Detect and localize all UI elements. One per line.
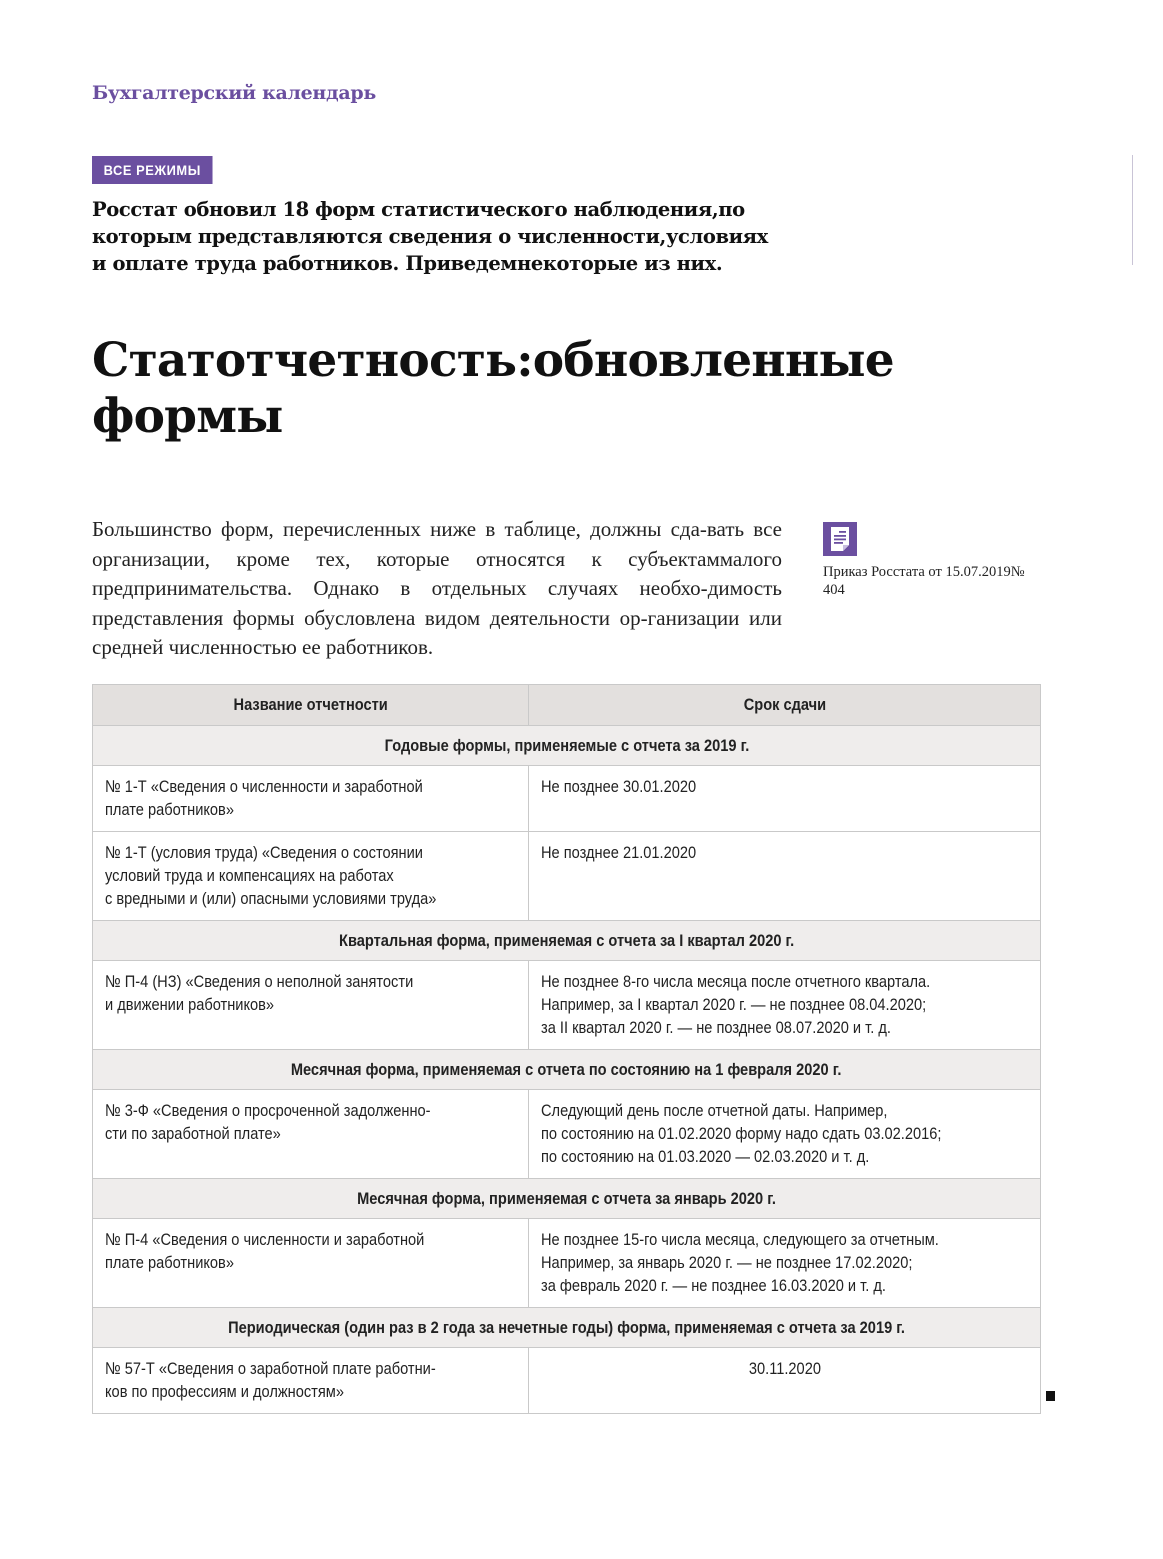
table-row: № П-4 «Сведения о численности и заработн… — [93, 1219, 1041, 1308]
form-name-cell: № 1-Т (условия труда) «Сведения о состоя… — [93, 832, 529, 921]
form-name-line: условий труда и компенсациях на работах — [105, 864, 515, 887]
form-name-line: сти по заработной плате» — [105, 1122, 515, 1145]
form-name-line: плате работников» — [105, 1251, 515, 1274]
intro-line: Большинство форм, перечисленных ниже в т… — [92, 517, 707, 541]
group-title-text: Годовые формы, применяемые с отчета за 2… — [384, 736, 749, 756]
deadline-line: Не позднее 15-го числа месяца, следующег… — [541, 1228, 1027, 1251]
deadline-line: 30.11.2020 — [748, 1357, 820, 1380]
table-row: № П-4 (НЗ) «Сведения о неполной занятост… — [93, 961, 1041, 1050]
table-row: № 1-Т (условия труда) «Сведения о состоя… — [93, 832, 1041, 921]
group-title: Месячная форма, применяемая с отчета за … — [93, 1179, 1041, 1219]
deadline-line: Не позднее 21.01.2020 — [541, 841, 1027, 864]
form-name-line: и движении работников» — [105, 993, 515, 1016]
table-group-row: Годовые формы, применяемые с отчета за 2… — [93, 726, 1041, 766]
form-name-cell: № 3-Ф «Сведения о просроченной задолженн… — [93, 1090, 529, 1179]
deadline-line: за II квартал 2020 г. — не позднее 08.07… — [541, 1016, 1027, 1039]
group-title: Периодическая (один раз в 2 года за нече… — [93, 1308, 1041, 1348]
deadline-cell: Следующий день после отчетной даты. Напр… — [529, 1090, 1041, 1179]
deadline-cell: Не позднее 8-го числа месяца после отчет… — [529, 961, 1041, 1050]
reference-icon-box — [823, 522, 857, 556]
deadline-line: Например, за январь 2020 г. — не позднее… — [541, 1251, 1027, 1274]
intro-paragraph: Большинство форм, перечисленных ниже в т… — [92, 515, 782, 663]
group-title-text: Месячная форма, применяемая с отчета по … — [291, 1060, 842, 1080]
table-group-row: Месячная форма, применяемая с отчета по … — [93, 1050, 1041, 1090]
deadline-cell: 30.11.2020 — [529, 1348, 1041, 1414]
column-header-deadline: Срок сдачи — [529, 685, 1041, 726]
lead-line: Росстат обновил 18 форм статистического … — [92, 198, 718, 221]
form-name-line: № 57-Т «Сведения о заработной плате рабо… — [105, 1357, 515, 1380]
form-name-line: плате работников» — [105, 798, 515, 821]
group-title-text: Периодическая (один раз в 2 года за нече… — [228, 1318, 905, 1338]
form-name-cell: № 57-Т «Сведения о заработной плате рабо… — [93, 1348, 529, 1414]
group-title-text: Месячная форма, применяемая с отчета за … — [357, 1189, 776, 1209]
group-title: Годовые формы, применяемые с отчета за 2… — [93, 726, 1041, 766]
deadline-cell: Не позднее 15-го числа месяца, следующег… — [529, 1219, 1041, 1308]
form-name-line: № П-4 (НЗ) «Сведения о неполной занятост… — [105, 970, 515, 993]
forms-table: Название отчетности Срок сдачи Годовые ф… — [92, 684, 1041, 1414]
form-name-line: с вредными и (или) опасными условиями тр… — [105, 887, 515, 910]
table-group-row: Периодическая (один раз в 2 года за нече… — [93, 1308, 1041, 1348]
form-name-cell: № 1-Т «Сведения о численности и заработн… — [93, 766, 529, 832]
deadline-cell: Не позднее 21.01.2020 — [529, 832, 1041, 921]
reference-text: Приказ Росстата от 15.07.2019№ 404 — [823, 563, 1043, 599]
table-header-row: Название отчетности Срок сдачи — [93, 685, 1041, 726]
form-name-cell: № П-4 «Сведения о численности и заработн… — [93, 1219, 529, 1308]
lead-paragraph: Росстат обновил 18 форм статистического … — [92, 196, 782, 277]
column-header-label: Название отчетности — [233, 695, 387, 715]
category-badge: ВСЕ РЕЖИМЫ — [92, 156, 213, 184]
lead-line: некоторые из них. — [517, 252, 722, 275]
table-group-row: Месячная форма, применяемая с отчета за … — [93, 1179, 1041, 1219]
article-headline: Статотчетность:обновленные формы — [92, 333, 992, 445]
deadline-line: Следующий день после отчетной даты. Напр… — [541, 1099, 1027, 1122]
table-row: № 1-Т «Сведения о численности и заработн… — [93, 766, 1041, 832]
deadline-line: за февраль 2020 г. — не позднее 16.03.20… — [541, 1274, 1027, 1297]
deadline-line: Не позднее 30.01.2020 — [541, 775, 1027, 798]
deadline-line: Например, за I квартал 2020 г. — не позд… — [541, 993, 1027, 1016]
end-of-article-mark — [1046, 1391, 1055, 1401]
side-rule — [1132, 155, 1133, 265]
document-icon — [829, 526, 851, 552]
table-row: № 3-Ф «Сведения о просроченной задолженн… — [93, 1090, 1041, 1179]
form-name-line: № 3-Ф «Сведения о просроченной задолженн… — [105, 1099, 515, 1122]
group-title: Квартальная форма, применяемая с отчета … — [93, 921, 1041, 961]
deadline-line: Не позднее 8-го числа месяца после отчет… — [541, 970, 1027, 993]
headline-line: Статотчетность: — [92, 333, 533, 388]
form-name-line: № 1-Т «Сведения о численности и заработн… — [105, 775, 515, 798]
table-group-row: Квартальная форма, применяемая с отчета … — [93, 921, 1041, 961]
table-row: № 57-Т «Сведения о заработной плате рабо… — [93, 1348, 1041, 1414]
form-name-line: ков по профессиям и должностям» — [105, 1380, 515, 1403]
reference-line: Приказ Росстата от 15.07.2019 — [823, 564, 1011, 580]
group-title: Месячная форма, применяемая с отчета по … — [93, 1050, 1041, 1090]
section-title: Бухгалтерский календарь — [92, 82, 376, 104]
column-header-name: Название отчетности — [93, 685, 529, 726]
deadline-line: по состоянию на 01.03.2020 — 02.03.2020 … — [541, 1145, 1027, 1168]
form-name-cell: № П-4 (НЗ) «Сведения о неполной занятост… — [93, 961, 529, 1050]
group-title-text: Квартальная форма, применяемая с отчета … — [339, 931, 794, 951]
column-header-label: Срок сдачи — [743, 695, 825, 715]
deadline-line: по состоянию на 01.02.2020 форму надо сд… — [541, 1122, 1027, 1145]
form-name-line: № 1-Т (условия труда) «Сведения о состоя… — [105, 841, 515, 864]
form-name-line: № П-4 «Сведения о численности и заработн… — [105, 1228, 515, 1251]
deadline-cell: Не позднее 30.01.2020 — [529, 766, 1041, 832]
